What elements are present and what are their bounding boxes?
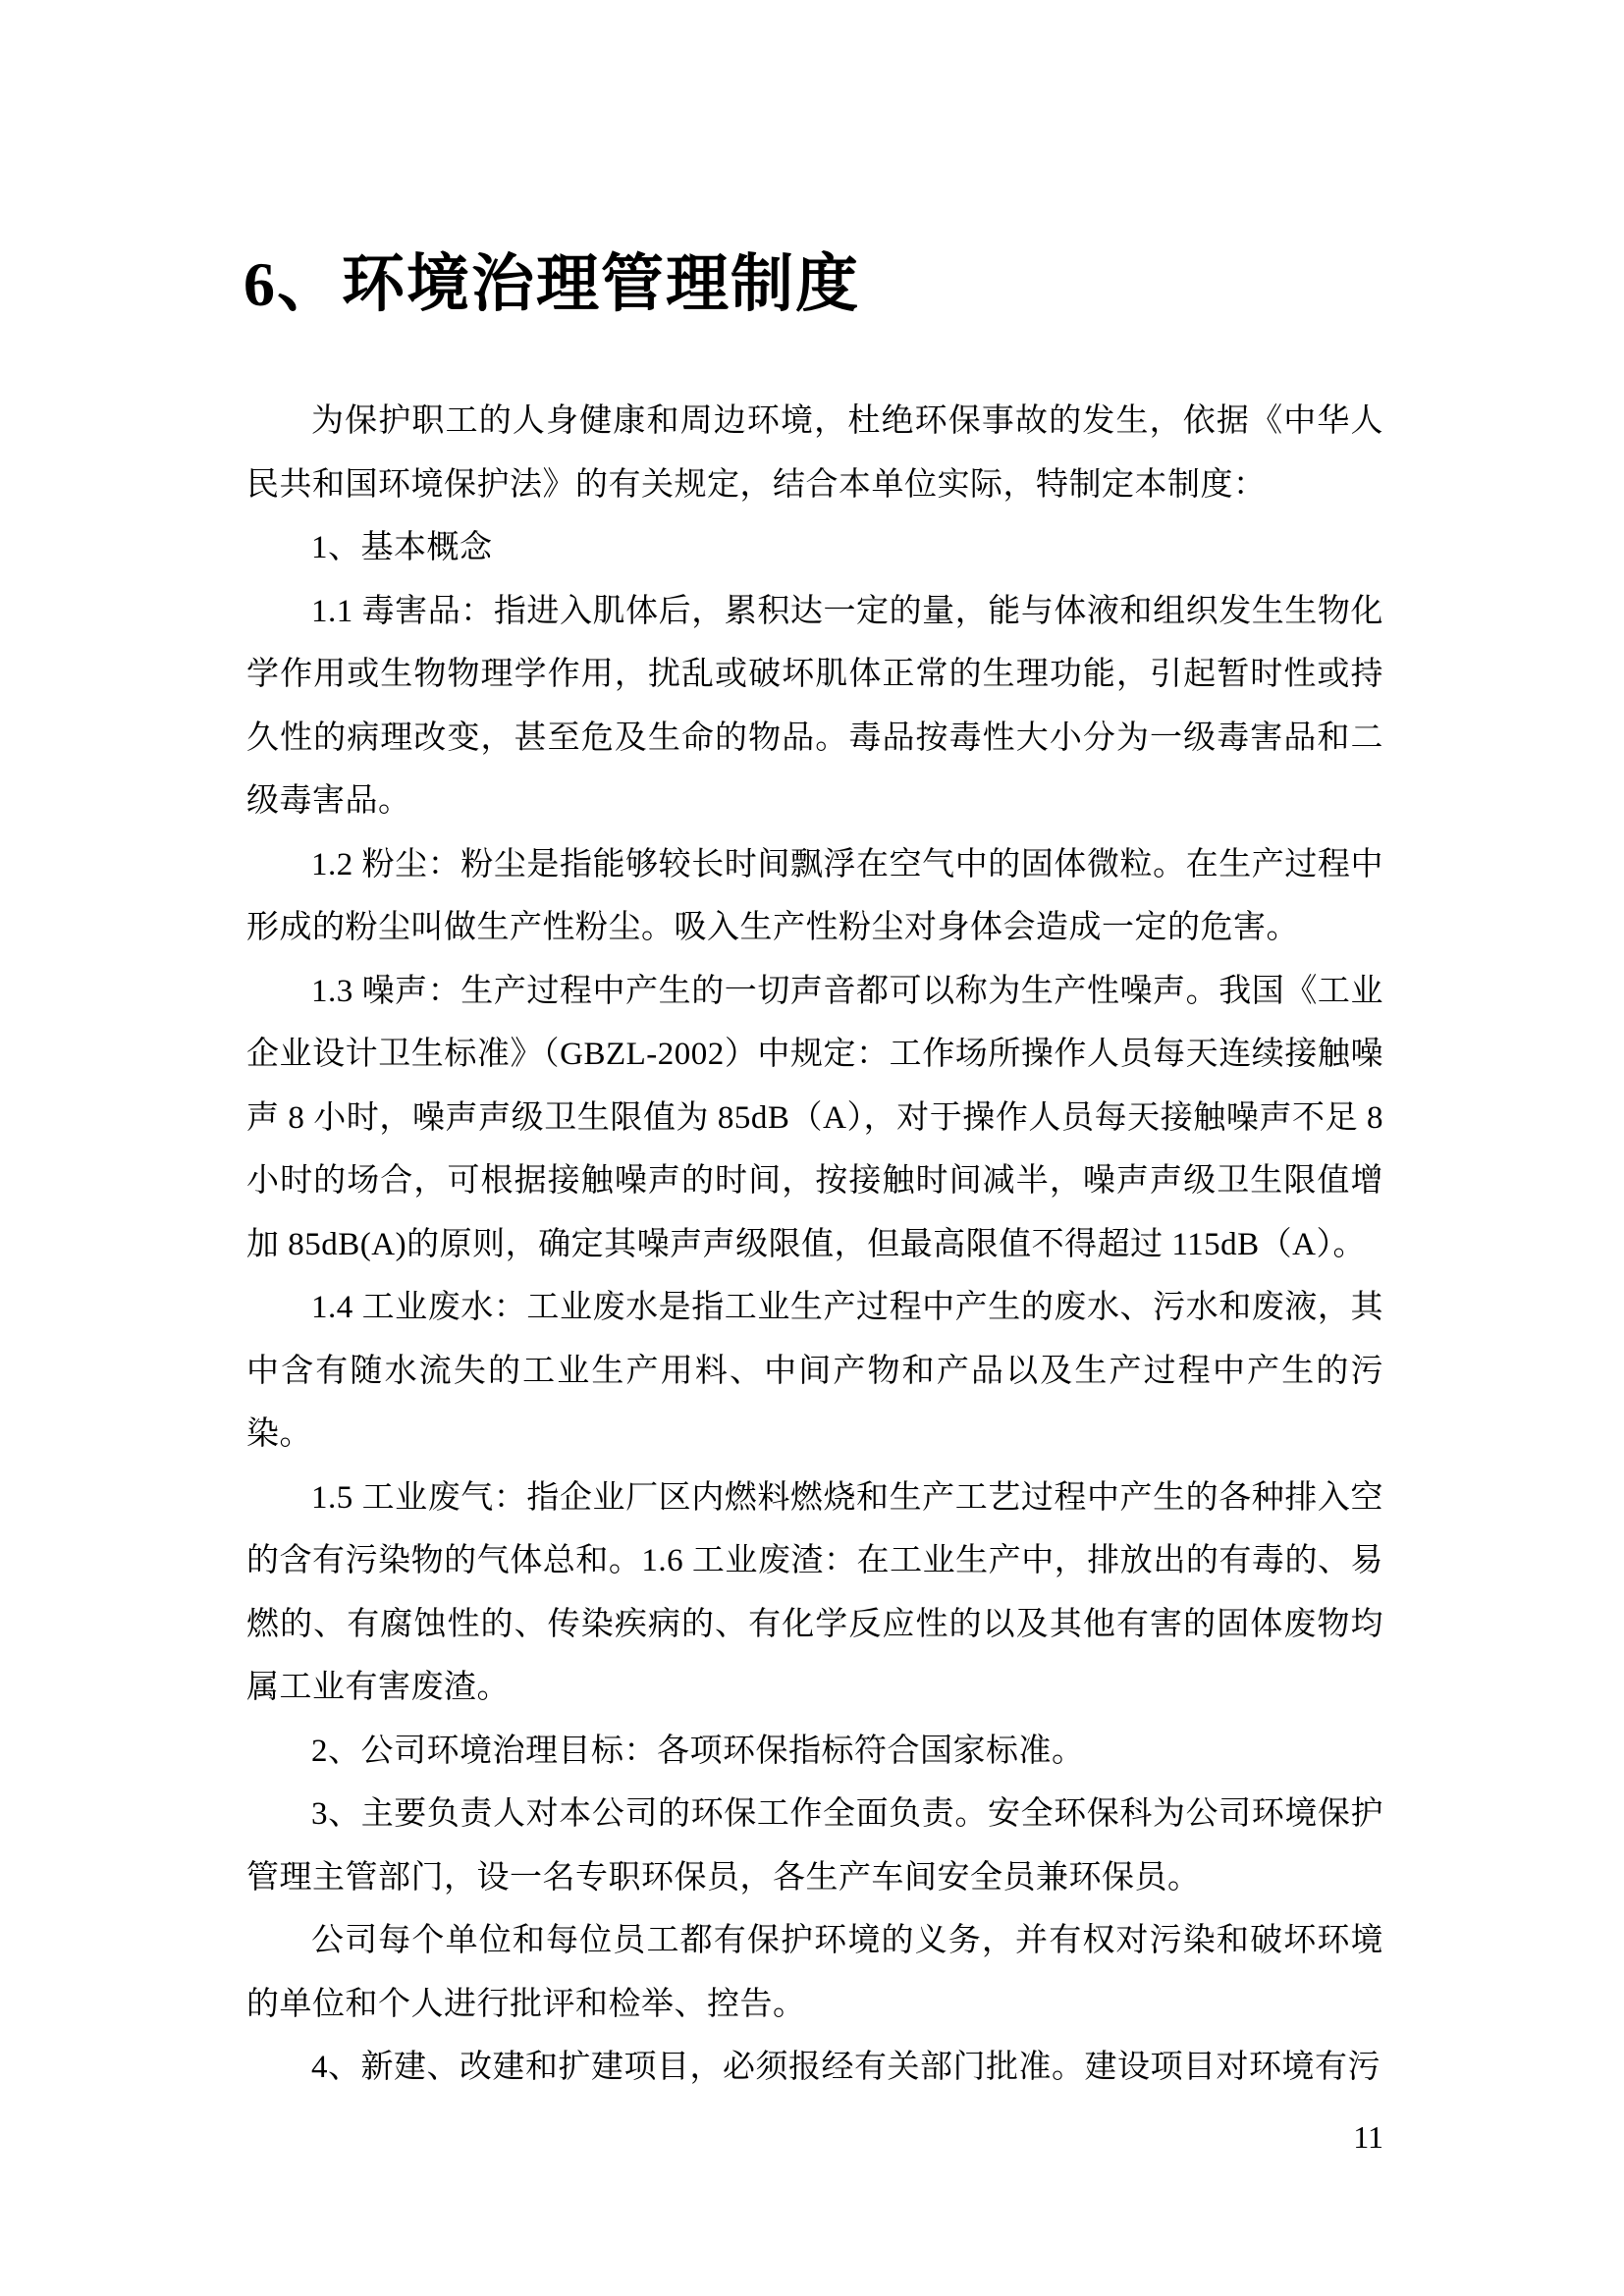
document-title: 6、环境治理管理制度 bbox=[244, 247, 860, 323]
page-number: 11 bbox=[246, 2118, 1383, 2156]
document-body: 为保护职工的人身健康和周边环境，杜绝环保事故的发生，依据《中华人民共和国环境保护… bbox=[246, 390, 1383, 2100]
paragraph-1-3-noise: 1.3 噪声：生产过程中产生的一切声音都可以称为生产性噪声。我国《工业企业设计卫… bbox=[246, 960, 1383, 1277]
paragraph-1-5-waste-gas: 1.5 工业废气：指企业厂区内燃料燃烧和生产工艺过程中产生的各种排入空的含有污染… bbox=[246, 1467, 1383, 1720]
paragraph-1-1-toxic-goods: 1.1 毒害品：指进入肌体后，累积达一定的量，能与体液和组织发生生物化学作用或生… bbox=[246, 580, 1383, 833]
paragraph-section-2-goals: 2、公司环境治理目标：各项环保指标符合国家标准。 bbox=[246, 1720, 1383, 1784]
paragraph-section-1: 1、基本概念 bbox=[246, 516, 1383, 580]
paragraph-obligation: 公司每个单位和每位员工都有保护环境的义务，并有权对污染和破坏环境的单位和个人进行… bbox=[246, 1909, 1383, 2036]
paragraph-intro: 为保护职工的人身健康和周边环境，杜绝环保事故的发生，依据《中华人民共和国环境保护… bbox=[246, 390, 1383, 516]
paragraph-1-2-dust: 1.2 粉尘：粉尘是指能够较长时间飘浮在空气中的固体微粒。在生产过程中形成的粉尘… bbox=[246, 833, 1383, 960]
paragraph-section-4-projects: 4、新建、改建和扩建项目，必须报经有关部门批准。建设项目对环境有污 bbox=[246, 2036, 1383, 2100]
paragraph-section-3-duty: 3、主要负责人对本公司的环保工作全面负责。安全环保科为公司环境保护管理主管部门，… bbox=[246, 1783, 1383, 1909]
document-page: 6、环境治理管理制度 为保护职工的人身健康和周边环境，杜绝环保事故的发生，依据《… bbox=[0, 0, 1624, 2296]
paragraph-1-4-wastewater: 1.4 工业废水：工业废水是指工业生产过程中产生的废水、污水和废液，其中含有随水… bbox=[246, 1276, 1383, 1467]
